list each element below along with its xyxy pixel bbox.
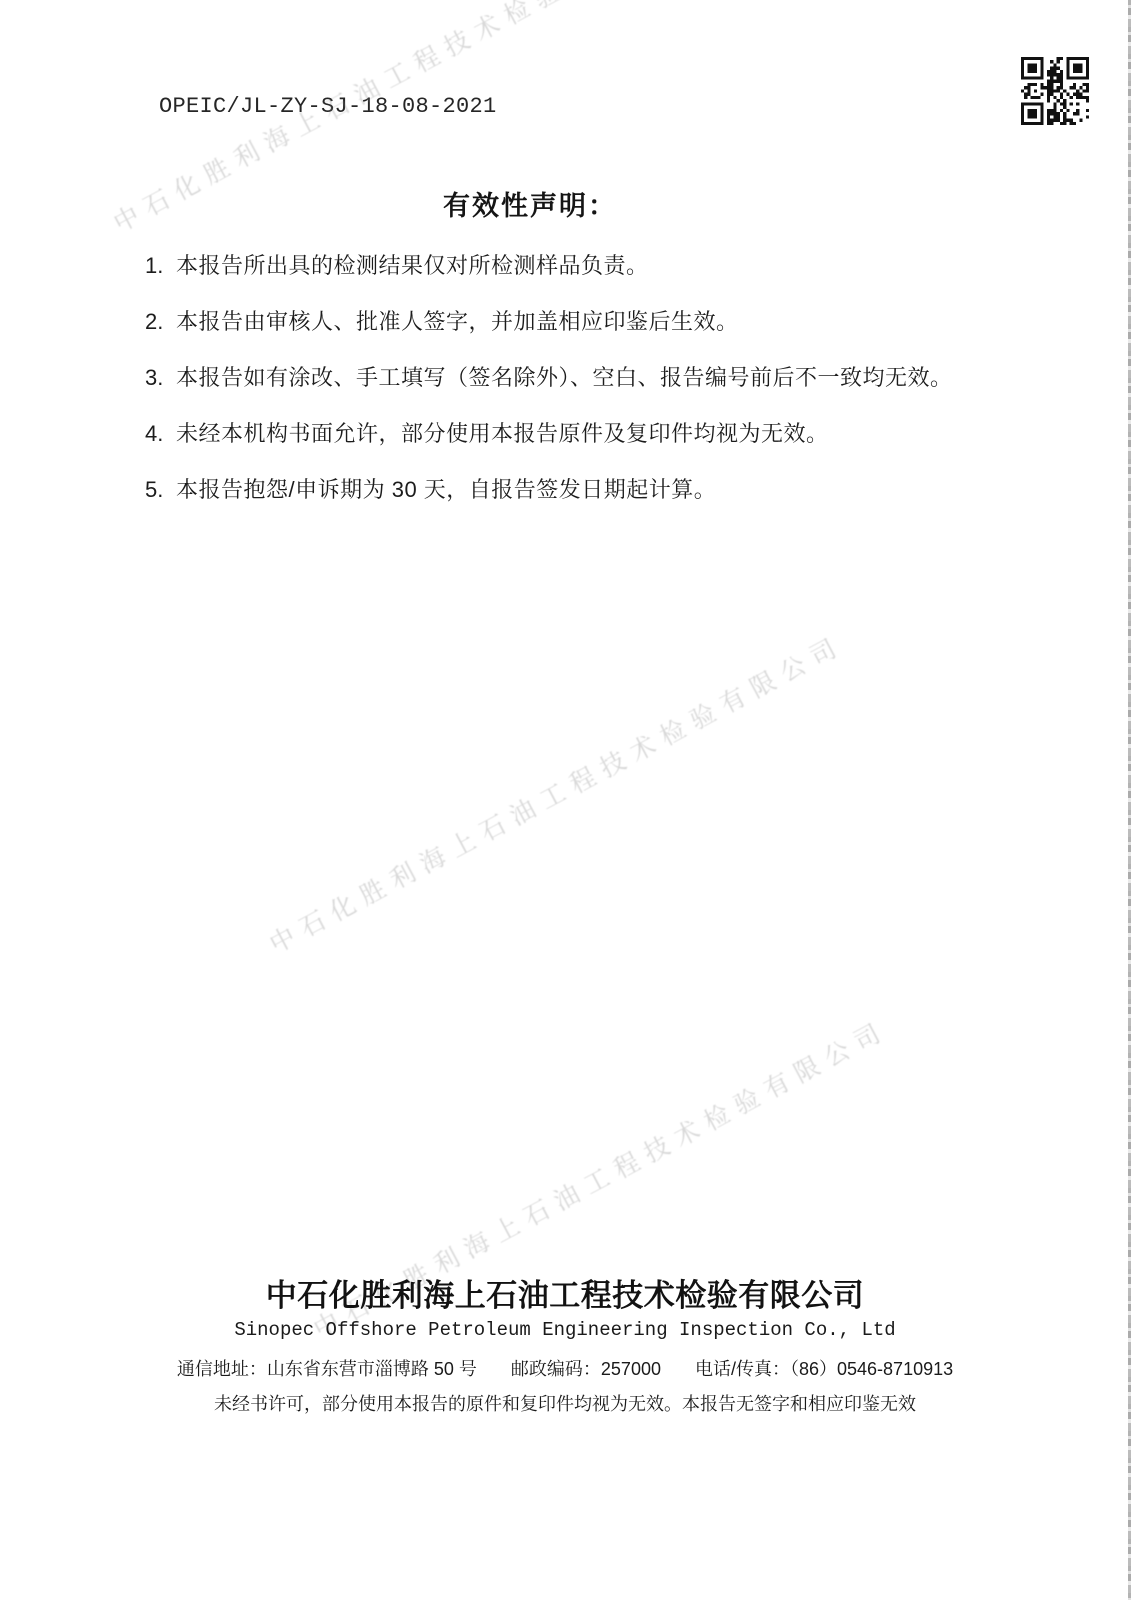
footer: 中石化胜利海上石油工程技术检验有限公司 Sinopec Offshore Pet… — [10, 1270, 1120, 1416]
postal-code: 邮政编码：257000 — [511, 1355, 661, 1381]
statement-list: 1. 本报告所出具的检测结果仅对所检测样品负责。 2. 本报告由审核人、批准人签… — [145, 254, 1005, 534]
statement-number: 4. — [145, 422, 176, 445]
qr-code-svg — [1021, 56, 1089, 126]
statement-number: 3. — [145, 366, 176, 389]
watermark-middle: 中石化胜利海上石油工程技术检验有限公司 — [262, 625, 849, 960]
statement-text: 未经本机构书面允许，部分使用本报告原件及复印件均视为无效。 — [176, 422, 829, 445]
document-code: OPEIC/JL-ZY-SJ-18-08-2021 — [159, 94, 497, 119]
footer-notice: 未经书许可，部分使用本报告的原件和复印件均视为无效。本报告无签字和相应印鉴无效 — [10, 1390, 1120, 1416]
statement-number: 1. — [145, 254, 176, 277]
statement-item-2: 2. 本报告由审核人、批准人签字，并加盖相应印鉴后生效。 — [145, 310, 1005, 333]
phone-fax: 电话/传真：（86）0546-8710913 — [695, 1355, 953, 1381]
statement-number: 2. — [145, 310, 176, 333]
statement-text: 本报告所出具的检测结果仅对所检测样品负责。 — [176, 254, 649, 277]
company-name-en: Sinopec Offshore Petroleum Engineering I… — [10, 1319, 1120, 1341]
report-page: OPEIC/JL-ZY-SJ-18-08-2021 中石化胜利海上石油工程技术检… — [0, 0, 1131, 1600]
page-title: 有效性声明： — [145, 184, 915, 223]
statement-text: 本报告如有涂改、手工填写（签名除外）、空白、报告编号前后不一致均无效。 — [176, 366, 953, 389]
statement-item-5: 5. 本报告抱怨/申诉期为 30 天，自报告签发日期起计算。 — [145, 478, 1005, 501]
statement-item-4: 4. 未经本机构书面允许，部分使用本报告原件及复印件均视为无效。 — [145, 422, 1005, 445]
postal-address: 通信地址：山东省东营市淄博路 50 号 — [177, 1355, 477, 1381]
statement-number: 5. — [145, 478, 176, 501]
qr-code-icon — [1021, 56, 1089, 126]
statement-text: 本报告抱怨/申诉期为 30 天，自报告签发日期起计算。 — [176, 478, 716, 501]
company-name-cn: 中石化胜利海上石油工程技术检验有限公司 — [10, 1270, 1120, 1315]
statement-text: 本报告由审核人、批准人签字，并加盖相应印鉴后生效。 — [176, 310, 739, 333]
contact-row: 通信地址：山东省东营市淄博路 50 号 邮政编码：257000 电话/传真：（8… — [10, 1355, 1120, 1381]
statement-item-3: 3. 本报告如有涂改、手工填写（签名除外）、空白、报告编号前后不一致均无效。 — [145, 366, 1005, 389]
statement-item-1: 1. 本报告所出具的检测结果仅对所检测样品负责。 — [145, 254, 1005, 277]
